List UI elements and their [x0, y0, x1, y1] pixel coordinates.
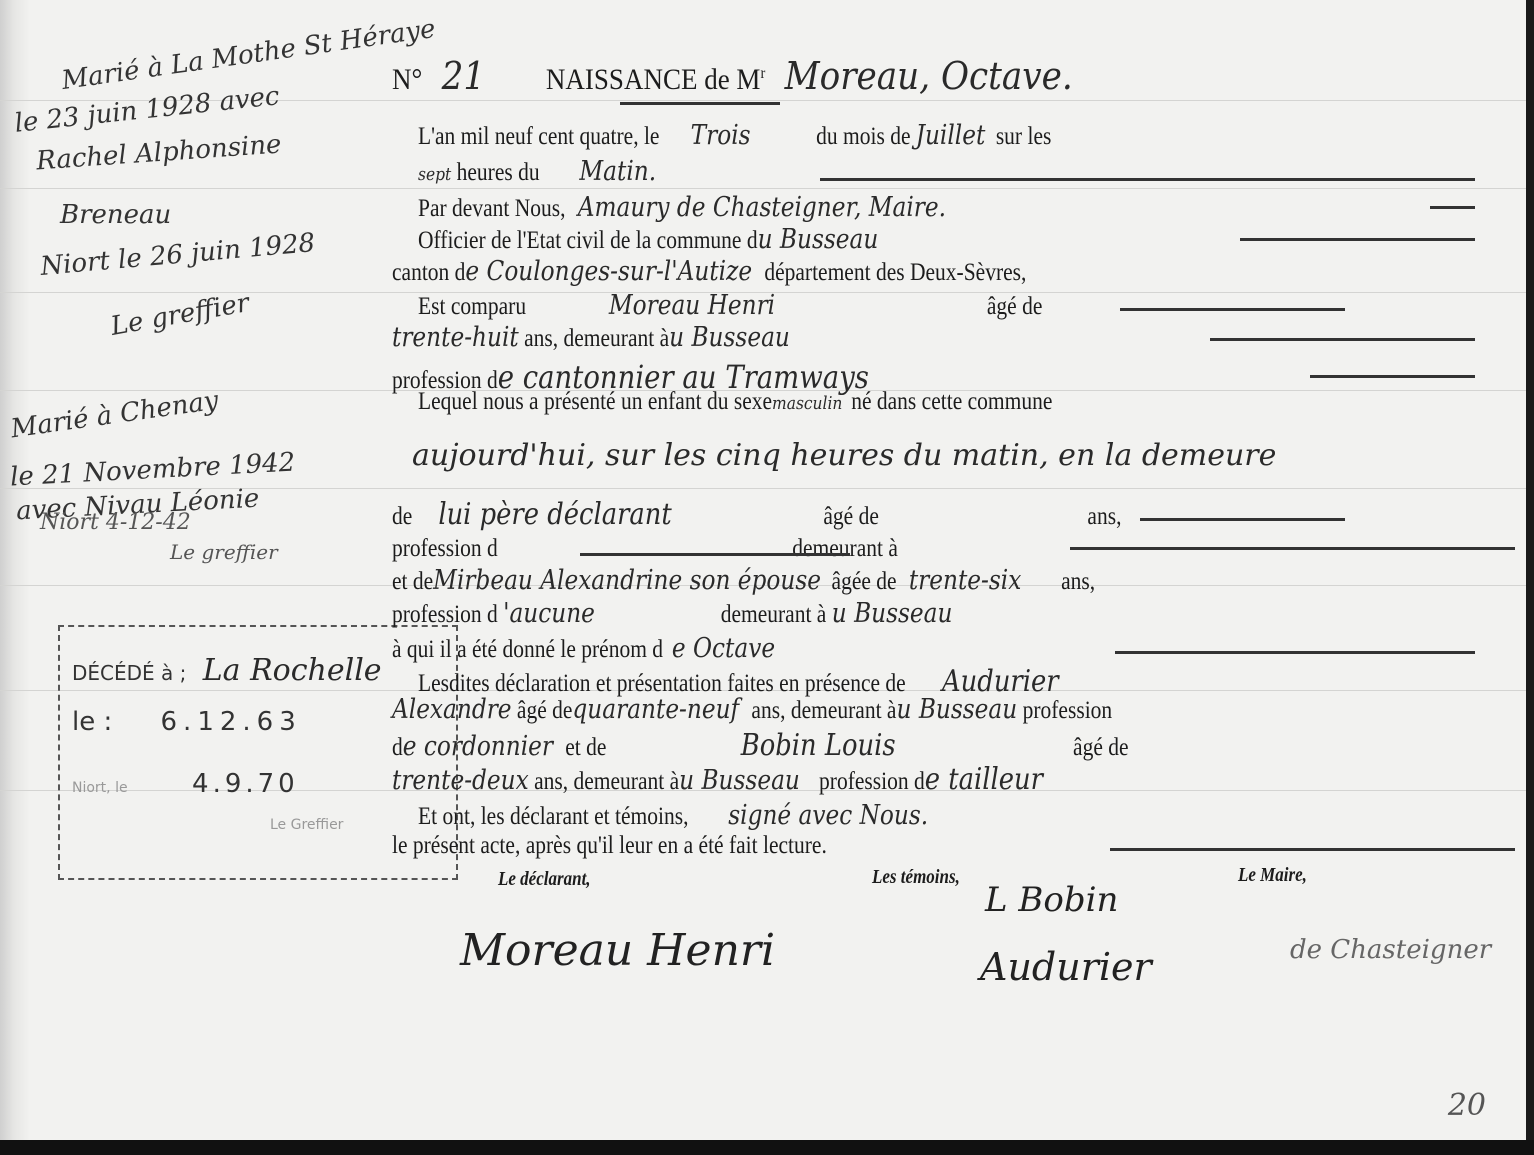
witness1-firstname: Alexandre: [392, 694, 512, 725]
witness1-residence: u Busseau: [896, 694, 1017, 725]
margin-note-marriage-2-line1: Marié à Chenay: [9, 386, 220, 445]
text: heures du: [457, 159, 540, 186]
mother-residence: u Busseau: [832, 598, 953, 629]
mother-profession: 'aucune: [503, 598, 595, 629]
text: profession d: [392, 601, 498, 628]
child-first-name: e Octave: [672, 633, 775, 664]
text: né dans cette commune: [851, 388, 1052, 415]
witnesses-label: Les témoins,: [872, 866, 960, 889]
witness2-residence: u Busseau: [679, 765, 800, 796]
child-sex: masculin: [772, 393, 842, 414]
margin-note-mention-1-line1: Breneau: [60, 200, 171, 230]
mayor-signature: de Chasteigner: [1290, 935, 1491, 965]
line-17: Alexandre âgé dequarante-neuf ans, demeu…: [392, 694, 1112, 725]
line-19: trente-deux ans, demeurant àu Busseau pr…: [392, 762, 1043, 797]
text: âgé de: [823, 503, 879, 530]
text: profession d: [819, 768, 925, 795]
text: profession d: [392, 535, 498, 562]
line-15: à qui il a été donné le prénom d e Octav…: [392, 633, 775, 664]
line-6: Est comparu Moreau Henri âgé de: [418, 290, 1042, 321]
text: ans,: [1061, 568, 1095, 595]
text: Lesdites déclaration et présentation fai…: [418, 670, 906, 697]
line-18: de cordonnier et de Bobin Louis âgé de: [392, 728, 1129, 763]
margin-note-mention-1-line2: Niort le 26 juin 1928: [39, 228, 316, 282]
text: à qui il a été donné le prénom d: [392, 636, 663, 663]
mother-age: trente-six: [909, 565, 1021, 596]
line-13: et deMirbeau Alexandrine son épouse âgée…: [392, 565, 1095, 596]
page-number: 20: [1448, 1088, 1486, 1123]
text: le présent acte, après qu'il leur en a é…: [392, 832, 827, 859]
line-9: Lequel nous a présenté un enfant du sexe…: [418, 388, 1052, 416]
mayor-name: Amaury de Chasteigner, Maire.: [578, 192, 946, 223]
stamp-notice-date: 4.9.70: [192, 769, 299, 799]
witness2-age: trente-deux: [392, 765, 529, 796]
witness2-name: Bobin Louis: [741, 728, 896, 763]
text: Officier de l'Etat civil de la commune d: [418, 227, 758, 254]
text: L'an mil neuf cent quatre, le: [418, 123, 659, 150]
text: et de: [565, 734, 606, 761]
line-12: profession d demeurant à: [392, 535, 898, 563]
act-header: N° 21 NAISSANCE de Mr Moreau, Octave.: [392, 54, 1073, 98]
birth-hour: sept: [418, 164, 451, 185]
canton: e Coulonges-sur-l'Autize: [465, 256, 752, 287]
witness2-profession: e tailleur: [925, 762, 1043, 797]
text: profession: [1023, 697, 1113, 724]
text: du mois de: [816, 123, 910, 150]
text: d: [392, 734, 403, 761]
text: demeurant à: [792, 535, 898, 562]
text: Et ont, les déclarant et témoins,: [418, 803, 688, 830]
line-1: L'an mil neuf cent quatre, le Trois du m…: [418, 120, 1051, 151]
margin-note-mention-2-line2: Le greffier: [170, 540, 278, 564]
margin-note-marriage-1-line2: le 23 juin 1928 avec: [13, 81, 281, 139]
act-title: NAISSANCE de M: [546, 63, 761, 96]
text: Est comparu: [418, 293, 526, 320]
witness2-signature: L Bobin: [985, 880, 1118, 920]
text: département des Deux-Sèvres,: [764, 259, 1026, 286]
page-edge: [0, 1140, 1534, 1155]
text: âgé de: [517, 697, 573, 724]
margin-note-marriage-1-line3: Rachel Alphonsine: [35, 129, 282, 176]
line-3: Par devant Nous, Amaury de Chasteigner, …: [418, 192, 946, 223]
declarant-name: Moreau Henri: [609, 290, 775, 321]
text: âgé de: [1073, 734, 1129, 761]
time-of-day: Matin.: [579, 156, 656, 187]
text: de: [392, 503, 412, 530]
line-11: de lui père déclarant âgé de ans,: [392, 497, 1121, 532]
text: ans,: [1087, 503, 1121, 530]
mayor-label: Le Maire,: [1238, 864, 1307, 887]
witness1-age: quarante-neuf: [572, 694, 739, 725]
commune: u Busseau: [758, 224, 879, 255]
text: ans, demeurant à: [751, 697, 896, 724]
line-4: Officier de l'Etat civil de la commune d…: [418, 224, 878, 255]
margin-note-greffier-1: Le greffier: [108, 288, 251, 342]
witness1-signature: Audurier: [980, 945, 1152, 989]
text: ans, demeurant à: [524, 325, 669, 352]
stamp-deceased-place: La Rochelle: [203, 653, 382, 688]
mother-name: Mirbeau Alexandrine son épouse: [433, 565, 821, 596]
declarant-residence: u Busseau: [669, 322, 790, 353]
line-20: Et ont, les déclarant et témoins, signé …: [418, 800, 928, 831]
declarant-label: Le déclarant,: [498, 868, 591, 891]
register-page: Marié à La Mothe St Héraye le 23 juin 19…: [0, 0, 1526, 1140]
text: et de: [392, 568, 433, 595]
stamp-deceased-label: DÉCÉDÉ à ;: [72, 661, 186, 685]
text: âgée de: [832, 568, 897, 595]
act-number: 21: [442, 54, 486, 98]
text: ans, demeurant à: [534, 768, 679, 795]
act-title-suffix: r: [760, 65, 765, 82]
stamp-notice-label: Niort, le: [72, 780, 128, 796]
text: Par devant Nous,: [418, 195, 565, 222]
birth-details: aujourd'hui, sur les cinq heures du mati…: [412, 438, 1276, 473]
line-14: profession d 'aucune demeurant à u Busse…: [392, 598, 952, 629]
declarant-age: trente-huit: [392, 322, 519, 353]
line-21: le présent acte, après qu'il leur en a é…: [392, 832, 827, 860]
child-name: Moreau, Octave.: [785, 54, 1073, 98]
margin-note-mention-2-line1: Niort 4-12-42: [40, 510, 191, 535]
text: demeurant à: [721, 601, 827, 628]
birth-month: Juillet: [916, 120, 986, 151]
line-5: canton de Coulonges-sur-l'Autize départe…: [392, 256, 1026, 287]
signed-with-us: signé avec Nous.: [728, 800, 928, 831]
birth-day: Trois: [691, 120, 751, 151]
text: Lequel nous a présenté un enfant du sexe: [418, 388, 772, 415]
witness1-profession: e cordonnier: [403, 731, 553, 762]
text: âgé de: [987, 293, 1043, 320]
stamp-death-date: 6.12.63: [161, 707, 302, 737]
text: sur les: [996, 123, 1052, 150]
line-7: trente-huit ans, demeurant àu Busseau: [392, 322, 790, 353]
declarant-signature: Moreau Henri: [460, 925, 775, 976]
stamp-greffier-label: Le Greffier: [270, 817, 343, 833]
stamp-date-label: le :: [72, 707, 112, 737]
text: canton d: [392, 259, 465, 286]
father: lui père déclarant: [438, 497, 671, 532]
line-2: sept heures du Matin.: [418, 156, 656, 187]
act-number-label: N°: [392, 63, 422, 96]
